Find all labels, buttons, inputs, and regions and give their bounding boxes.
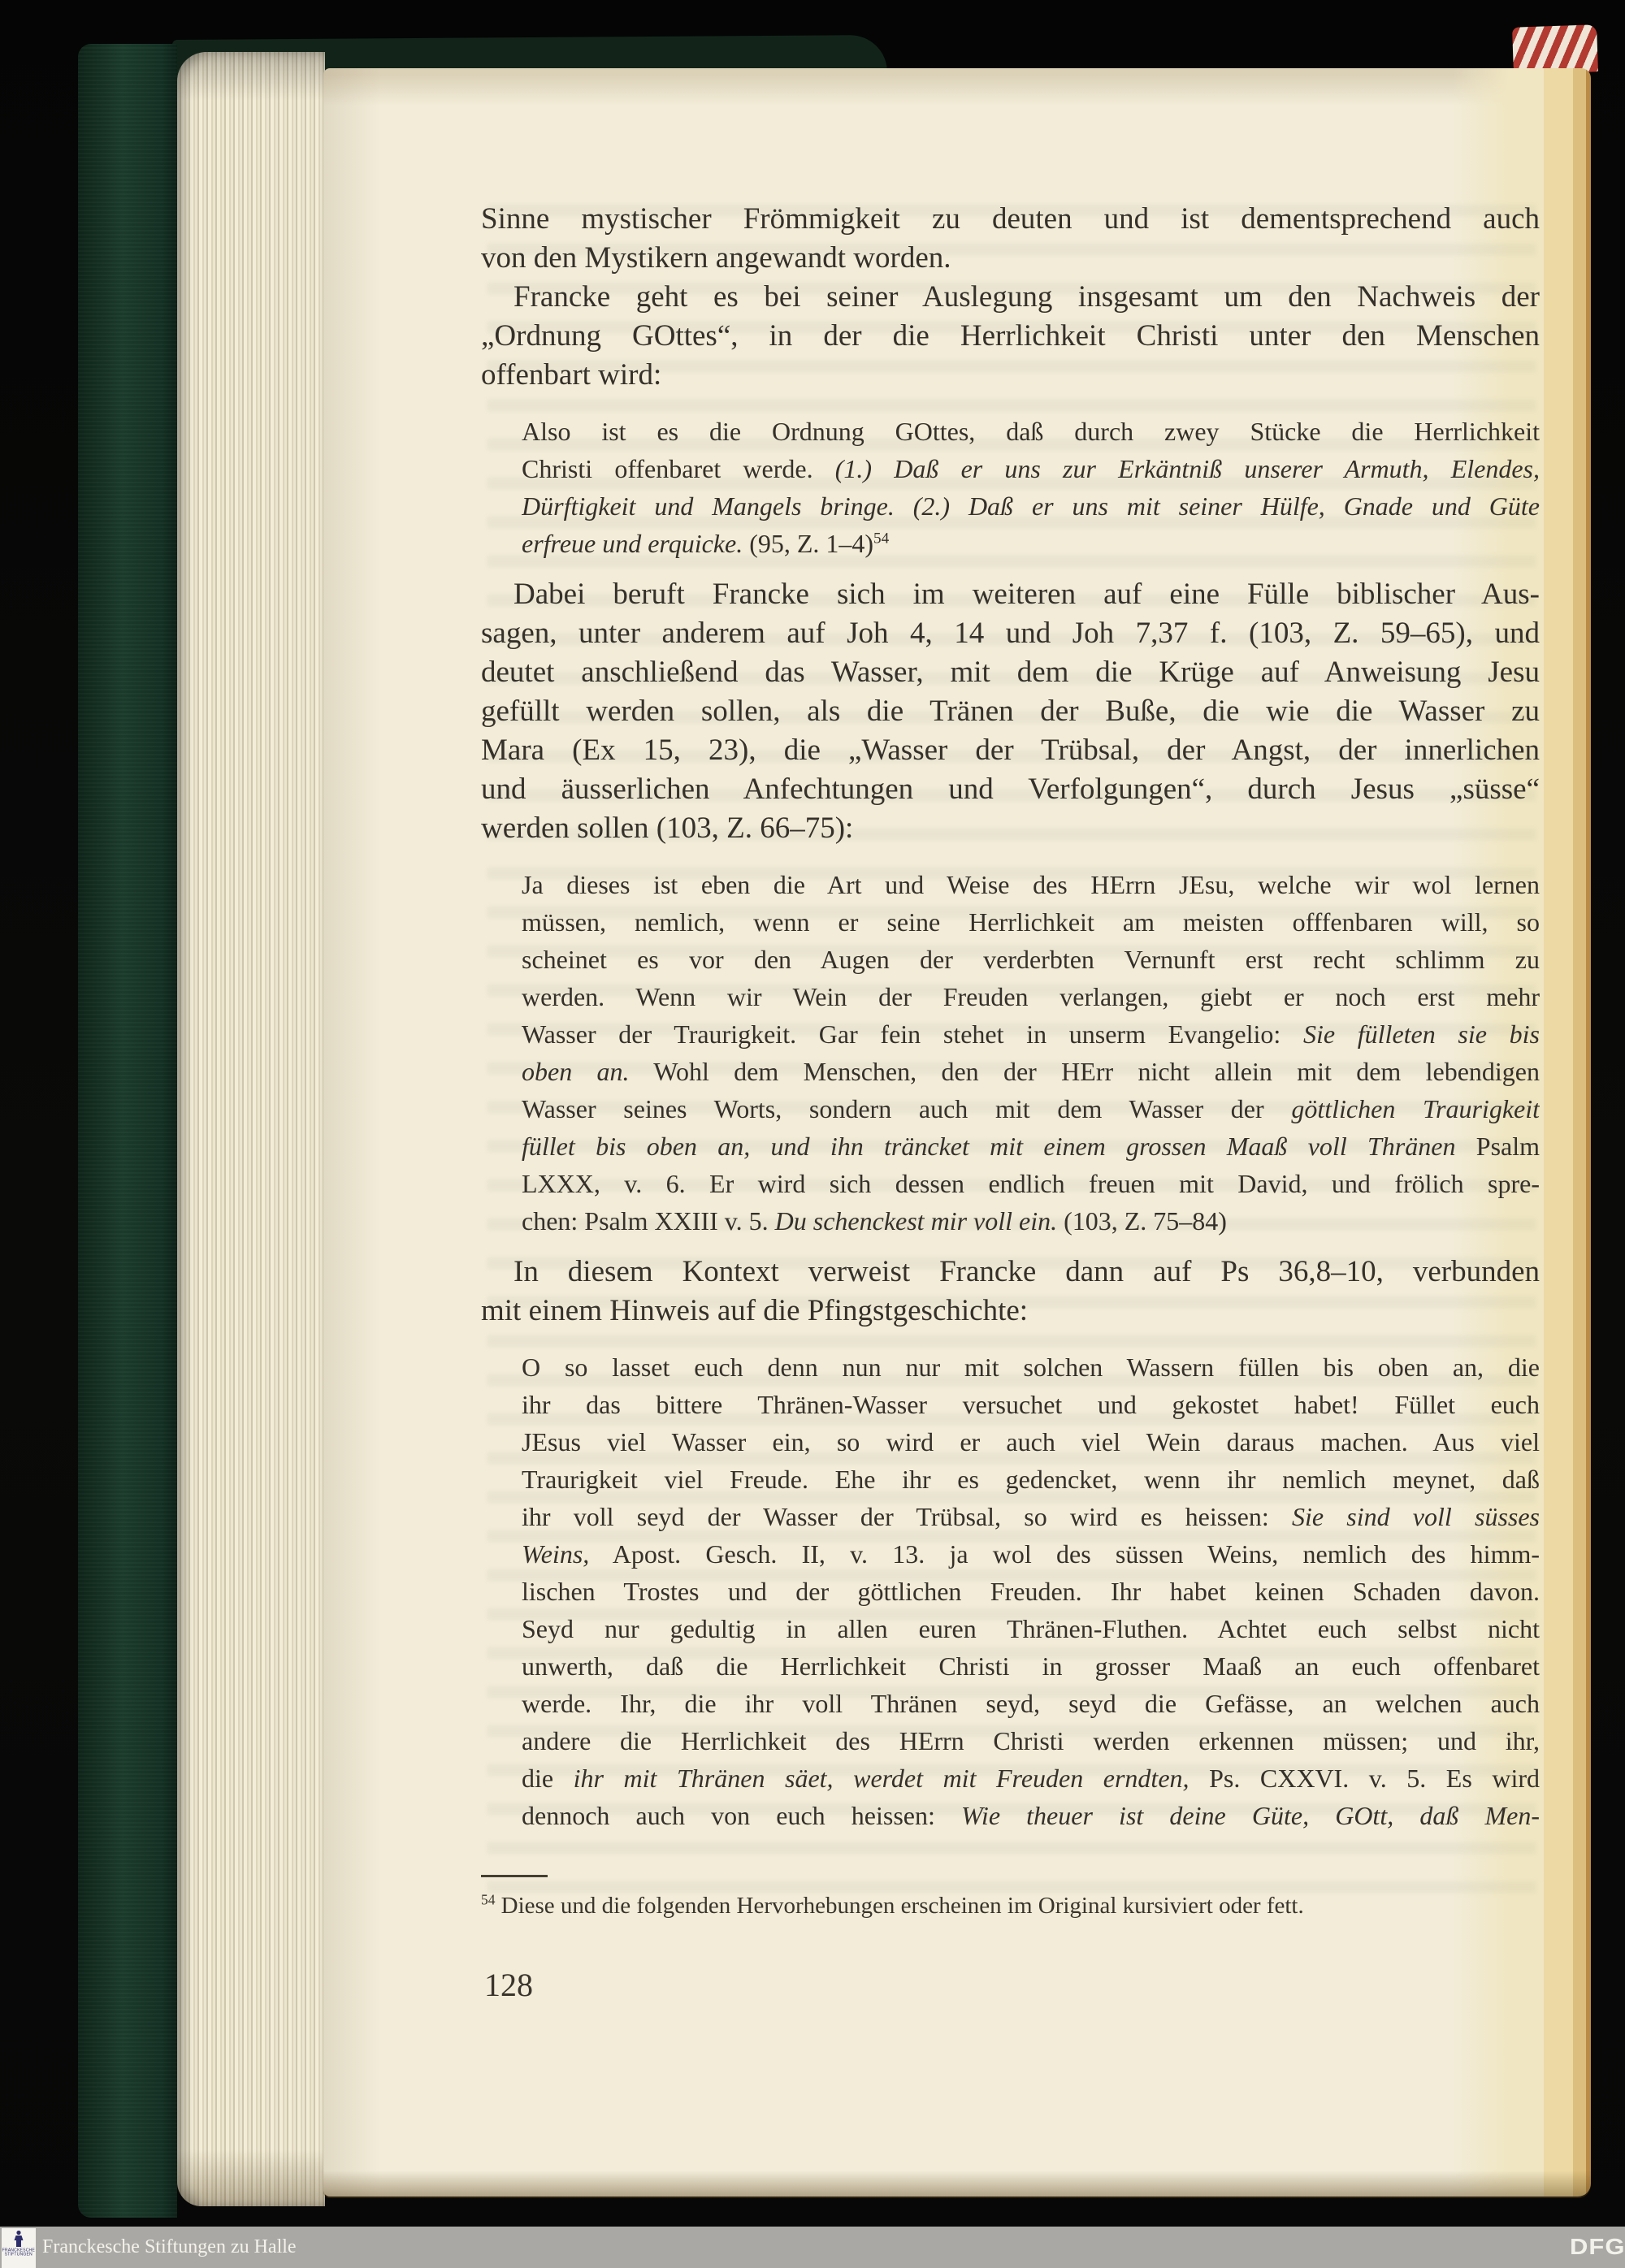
text-line: werden sollen (103, Z. 66–75):	[481, 809, 1540, 848]
text-line: oben an. Wohl dem Menschen, den der HErr…	[522, 1053, 1540, 1090]
text-line: Christi offenbaret werde. (1.) Daß er un…	[522, 450, 1540, 487]
footnote-marker: 54	[481, 1891, 495, 1907]
text-line: die ihr mit Thränen säet, werdet mit Fre…	[522, 1759, 1540, 1797]
text-block-quote: Ja dieses ist eben die Art und Weise des…	[522, 866, 1540, 1240]
francke-logo-caption: FRANCKESCHE STIFTUNGEN	[2, 2249, 35, 2257]
footnote: 54 Diese und die folgenden Hervorhebunge…	[481, 1891, 1540, 1921]
text-column: Sinne mystischer Frömmigkeit zu deuten u…	[481, 200, 1540, 1847]
page-edge-stack	[177, 52, 325, 2206]
text-line: Wasser der Traurigkeit. Gar fein stehet …	[522, 1015, 1540, 1053]
text-line: Francke geht es bei seiner Auslegung ins…	[481, 278, 1540, 317]
text-block-body: Dabei beruft Francke sich im weiteren au…	[481, 575, 1540, 848]
text-line: mit einem Hinweis auf die Pfingstgeschic…	[481, 1292, 1540, 1331]
text-line: werde. Ihr, die ihr voll Thränen seyd, s…	[522, 1685, 1540, 1722]
text-line: Mara (Ex 15, 23), die „Wasser der Trübsa…	[481, 731, 1540, 770]
text-line: Weins, Apost. Gesch. II, v. 13. ja wol d…	[522, 1535, 1540, 1573]
footnote-text: Diese und die folgenden Hervorhebungen e…	[495, 1893, 1303, 1919]
page-bottom-shadow	[323, 2171, 1591, 2198]
bookmark-headband	[1512, 24, 1598, 75]
text-line: lischen Trostes und der göttlichen Freud…	[522, 1573, 1540, 1610]
text-block-quote: Also ist es die Ordnung GOttes, daß durc…	[522, 413, 1540, 562]
dfg-logo: DFG	[1570, 2234, 1625, 2260]
text-line: müssen, nemlich, wenn er seine Herrlichk…	[522, 903, 1540, 941]
text-line: scheinet es vor den Augen der verderbten…	[522, 941, 1540, 978]
text-line: Traurigkeit viel Freude. Ehe ihr es gede…	[522, 1461, 1540, 1498]
text-block-body: In diesem Kontext verweist Francke dann …	[481, 1253, 1540, 1331]
text-line: O so lasset euch denn nun nur mit solche…	[522, 1348, 1540, 1386]
text-line: sagen, unter anderem auf Joh 4, 14 und J…	[481, 614, 1540, 653]
text-line: unwerth, daß die Herrlichkeit Christi in…	[522, 1647, 1540, 1685]
text-line: deutet anschließend das Wasser, mit dem …	[481, 653, 1540, 692]
footnote-rule	[481, 1875, 548, 1877]
text-block-body: Sinne mystischer Frömmigkeit zu deuten u…	[481, 200, 1540, 278]
text-line: Dürftigkeit und Mangels bringe. (2.) Daß…	[522, 487, 1540, 525]
text-line: Ja dieses ist eben die Art und Weise des…	[522, 866, 1540, 903]
text-block-body: Francke geht es bei seiner Auslegung ins…	[481, 278, 1540, 395]
text-line: dennoch auch von euch heissen: Wie theue…	[522, 1797, 1540, 1834]
text-block-quote: O so lasset euch denn nun nur mit solche…	[522, 1348, 1540, 1834]
text-line: Sinne mystischer Frömmigkeit zu deuten u…	[481, 200, 1540, 239]
francke-figure-icon	[12, 2230, 25, 2248]
text-line: gefüllt werden sollen, als die Tränen de…	[481, 692, 1540, 731]
text-line: und äusserlichen Anfechtungen und Verfol…	[481, 770, 1540, 809]
text-line: erfreue und erquicke. (95, Z. 1–4)54	[522, 525, 1540, 562]
text-line: werden. Wenn wir Wein der Freuden verlan…	[522, 978, 1540, 1015]
footer-institution-label: Franckesche Stiftungen zu Halle	[42, 2227, 297, 2268]
text-line: andere die Herrlichkeit des HErrn Christ…	[522, 1722, 1540, 1759]
scanned-book-photo: { "page": { "blocks": [ {"type":"body","…	[0, 0, 1625, 2268]
text-line: offenbart wird:	[481, 356, 1540, 395]
text-line: Dabei beruft Francke sich im weiteren au…	[481, 575, 1540, 614]
text-line: LXXX, v. 6. Er wird sich dessen endlich …	[522, 1165, 1540, 1202]
text-line: ihr das bittere Thränen-Wasser versuchet…	[522, 1386, 1540, 1423]
text-line: ihr voll seyd der Wasser der Trübsal, so…	[522, 1498, 1540, 1535]
text-line: „Ordnung GOttes“, in der die Herrlichkei…	[481, 317, 1540, 356]
text-line: füllet bis oben an, und ihn träncket mit…	[522, 1128, 1540, 1165]
page-number: 128	[484, 1966, 533, 2004]
text-line: In diesem Kontext verweist Francke dann …	[481, 1253, 1540, 1292]
text-line: Also ist es die Ordnung GOttes, daß durc…	[522, 413, 1540, 450]
francke-logo: FRANCKESCHE STIFTUNGEN	[2, 2228, 36, 2268]
text-line: Seyd nur gedultig in allen euren Thränen…	[522, 1610, 1540, 1647]
text-line: Wasser seines Worts, sondern auch mit de…	[522, 1090, 1540, 1128]
text-line: chen: Psalm XXIII v. 5. Du schenckest mi…	[522, 1202, 1540, 1240]
text-line: von den Mystikern angewandt worden.	[481, 239, 1540, 278]
book-cover-spine	[78, 44, 177, 2218]
text-line: JEsus viel Wasser ein, so wird er auch v…	[522, 1423, 1540, 1461]
